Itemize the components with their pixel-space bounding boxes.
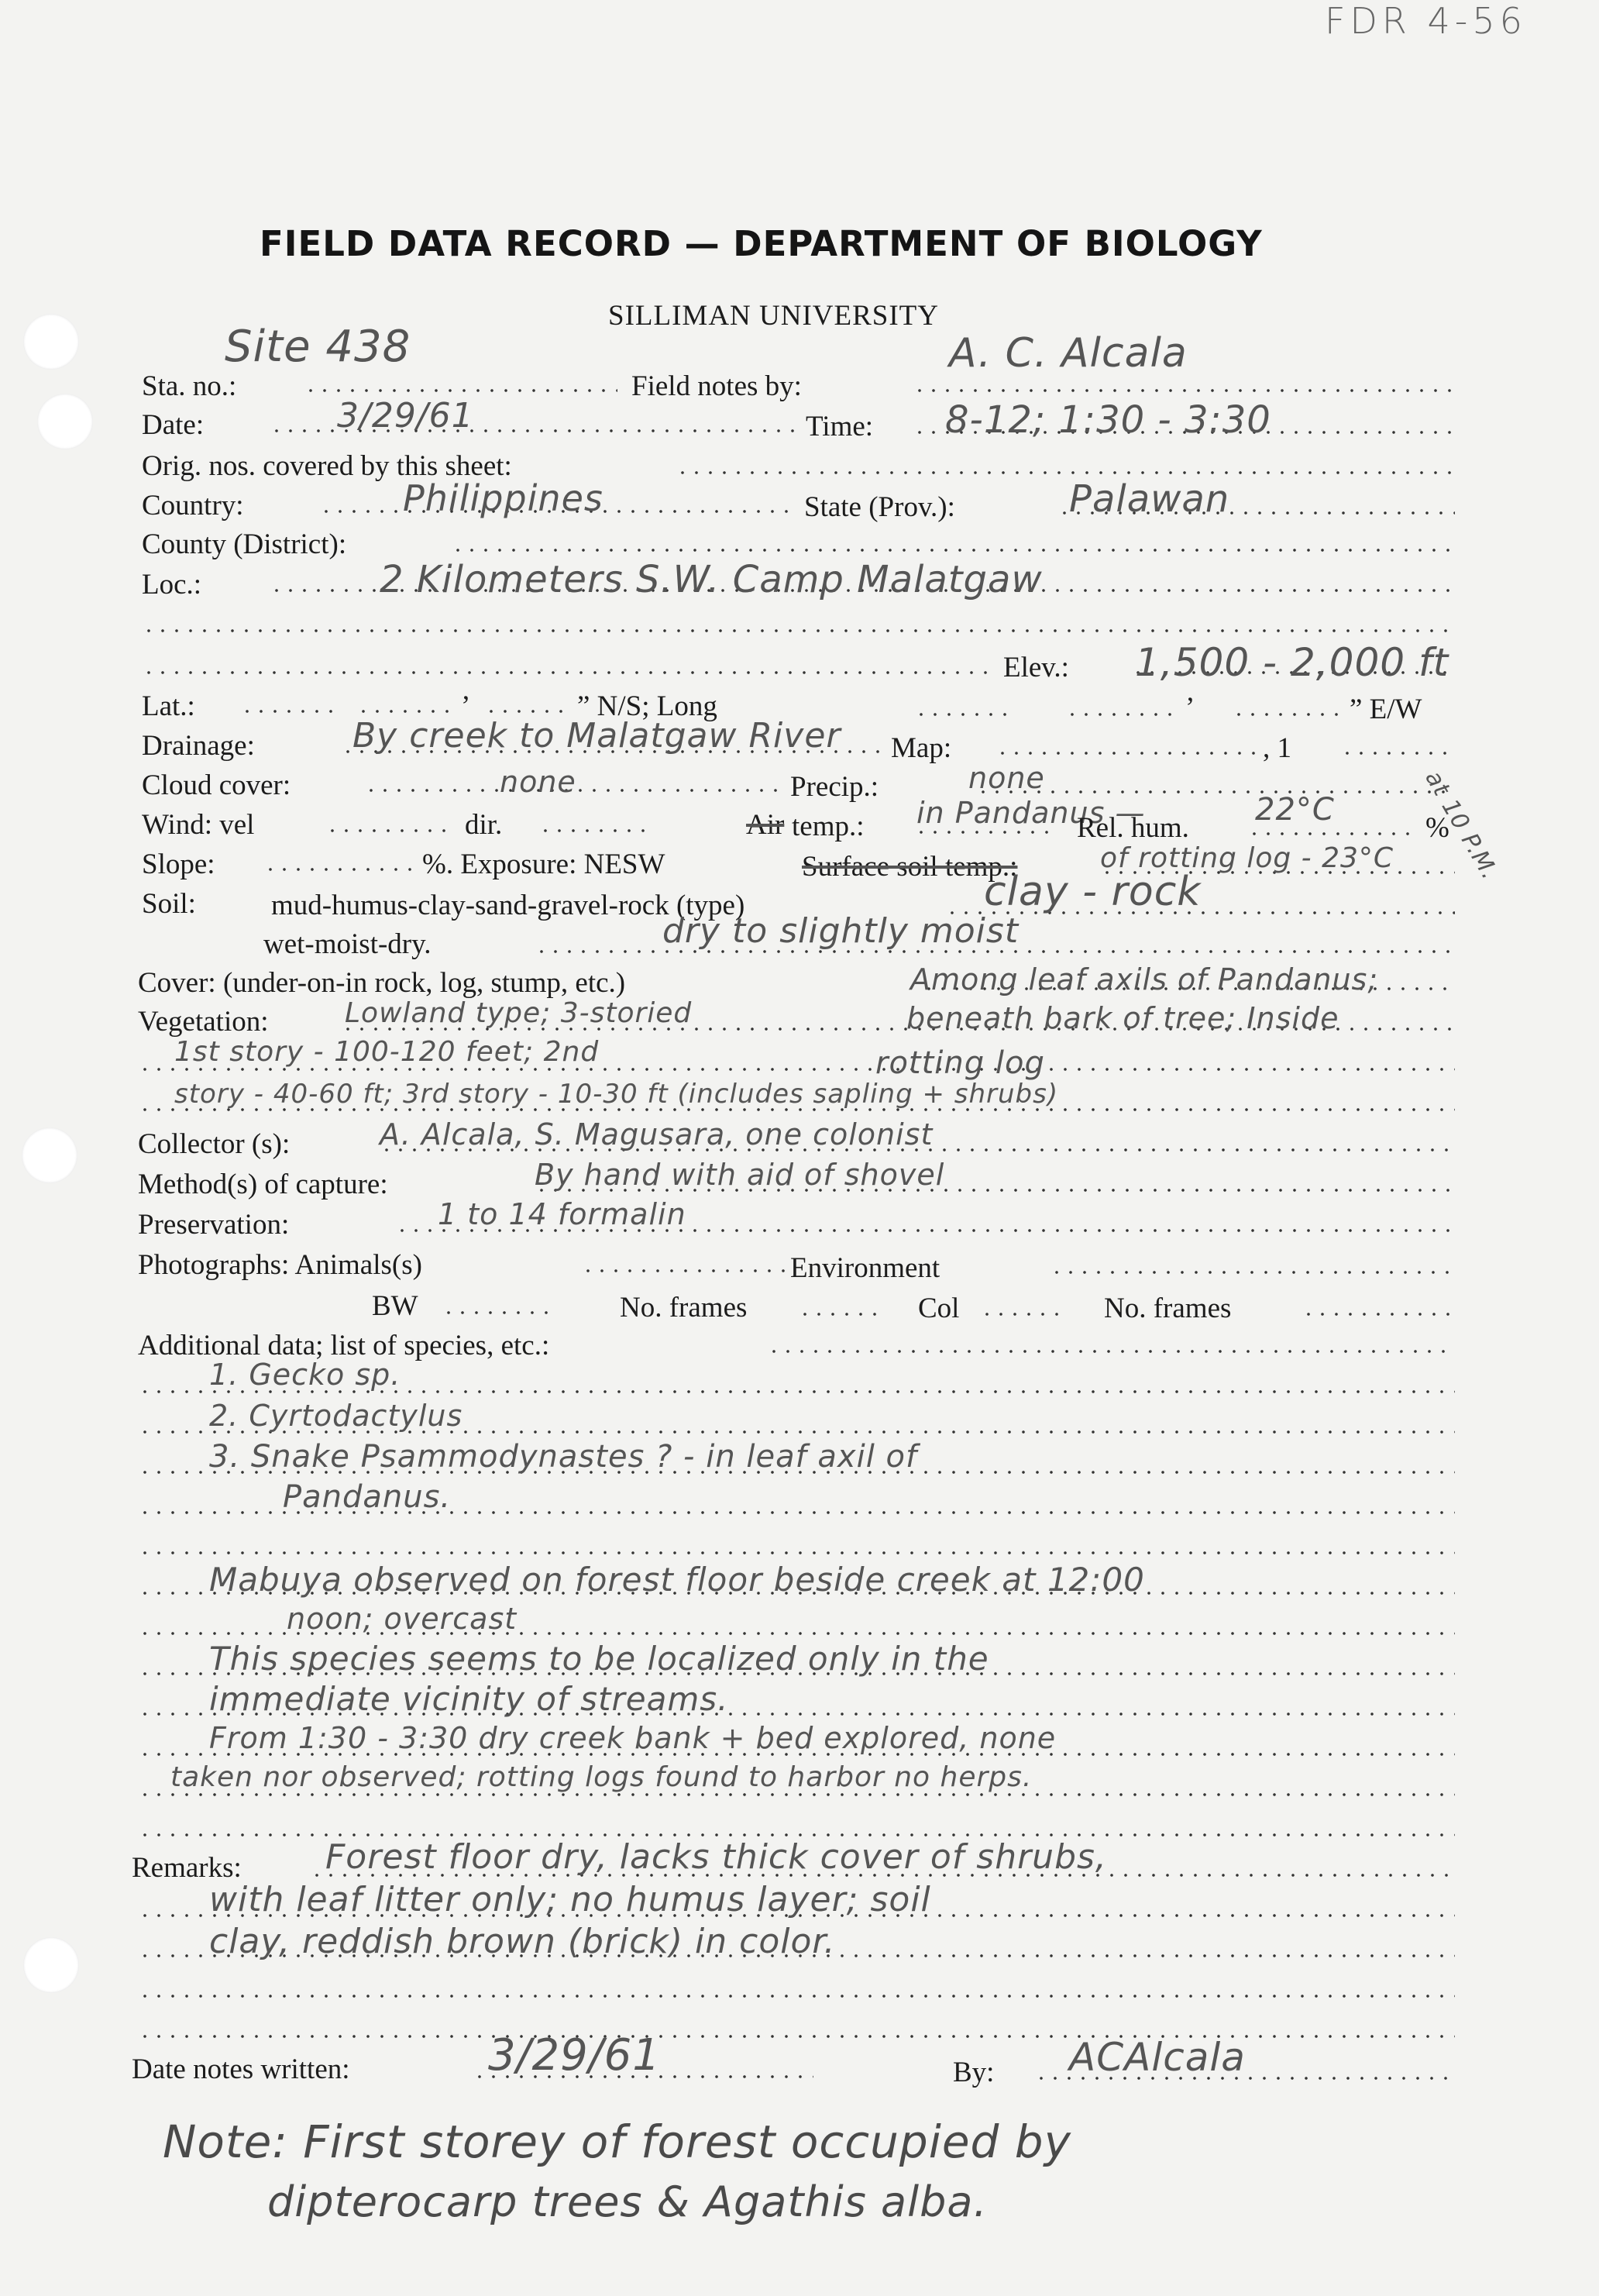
label-cloud-cover: Cloud cover: (142, 771, 291, 800)
value-cover-2: beneath bark of tree; Inside (906, 1003, 1339, 1033)
binder-hole (37, 394, 93, 449)
label-by: By: (953, 2058, 994, 2087)
additional-note: Mabuya observed on forest floor beside c… (209, 1564, 1145, 1596)
field-wind-dir[interactable] (538, 829, 647, 832)
value-soil-type: clay - rock (984, 872, 1201, 912)
field-map-2[interactable] (1340, 752, 1455, 755)
label-collectors: Collector (s): (138, 1130, 290, 1158)
value-air-temp: 22°C (1255, 794, 1335, 825)
additional-note: noon; overcast (287, 1604, 517, 1633)
field-remarks-line[interactable] (138, 1833, 1455, 1836)
value-elev: 1,500 - 2,000 ft (1135, 643, 1449, 682)
label-elev: Elev.: (1003, 653, 1069, 682)
label-additional-data: Additional data; list of species, etc.: (138, 1331, 549, 1360)
species-item: 1. Gecko sp. (209, 1360, 401, 1389)
field-lat-min[interactable] (356, 710, 457, 713)
label-long-sec: ” E/W (1350, 695, 1422, 724)
label-map: Map: (891, 734, 951, 762)
label-remarks: Remarks: (132, 1854, 242, 1882)
field-elev-leading[interactable] (142, 671, 990, 674)
label-cover: Cover: (under-on-in rock, log, stump, et… (138, 969, 625, 997)
value-by-signature: ACAlcala (1069, 2038, 1246, 2077)
binder-hole (23, 314, 79, 370)
field-vegetation-2[interactable] (138, 1068, 1455, 1071)
note-line: dipterocarp trees & Agathis alba. (267, 2181, 988, 2223)
field-rel-hum[interactable] (1247, 832, 1418, 835)
value-time: 8-12; 1:30 - 3:30 (945, 401, 1271, 439)
field-slope[interactable] (263, 868, 418, 871)
value-cover: Among leaf axils of Pandanus; (910, 965, 1378, 994)
value-field-notes-by: A. C. Alcala (949, 333, 1188, 373)
field-air-temp[interactable] (914, 831, 1054, 834)
label-time: Time: (806, 412, 873, 441)
additional-note: From 1:30 - 3:30 dry creek bank + bed ex… (209, 1723, 1056, 1753)
value-state: Palawan (1069, 480, 1229, 518)
value-drainage: By creek to Malatgaw River (352, 719, 841, 753)
label-soil: Soil: (142, 890, 196, 918)
value-vegetation-1: Lowland type; 3-storied (345, 1000, 692, 1028)
value-preservation: 1 to 14 formalin (438, 1200, 686, 1229)
form-title: FIELD DATA RECORD — DEPARTMENT OF BIOLOG… (260, 223, 1263, 264)
value-precip: none (968, 763, 1045, 793)
value-collectors: A. Alcala, S. Magusara, one colonist (380, 1120, 933, 1149)
label-soil-moisture: wet-moist-dry. (263, 930, 431, 959)
document-code: FDR 4-56 (1325, 0, 1527, 42)
field-orig-nos[interactable] (676, 471, 1455, 474)
label-vegetation: Vegetation: (138, 1007, 269, 1036)
label-state: State (Prov.): (804, 493, 955, 522)
field-lat-deg[interactable] (240, 710, 341, 713)
species-item: 3. Snake Psammodynastes ? - in leaf axil… (209, 1441, 917, 1472)
field-map[interactable] (996, 752, 1259, 755)
field-loc-line-2[interactable] (142, 629, 1455, 632)
field-additional-line[interactable] (138, 1793, 1455, 1796)
additional-note: taken nor observed; rotting logs found t… (170, 1764, 1032, 1792)
label-long-min: ’ (1185, 694, 1195, 722)
value-soil-moisture: dry to slightly moist (662, 914, 1019, 948)
label-wind: Wind: vel (142, 811, 254, 839)
value-country: Philippines (403, 480, 603, 516)
value-date-written: 3/29/61 (488, 2034, 661, 2077)
label-environment: Environment (790, 1254, 940, 1282)
value-cloud-cover: none (500, 767, 576, 797)
additional-note: This species seems to be localized only … (209, 1643, 989, 1675)
remarks-line: with leaf litter only; no humus layer; s… (209, 1883, 931, 1917)
field-col[interactable] (980, 1313, 1065, 1316)
label-bw: BW (372, 1292, 418, 1320)
label-country: Country: (142, 491, 244, 520)
value-date: 3/29/61 (337, 399, 474, 433)
label-precip: Precip.: (790, 773, 879, 801)
remarks-line: clay, reddish brown (brick) in color. (209, 1925, 835, 1959)
field-remarks-line[interactable] (138, 2035, 1455, 2038)
label-date-written: Date notes written: (132, 2055, 350, 2084)
binder-hole (22, 1127, 77, 1183)
species-item: 2. Cyrtodactylus (209, 1401, 463, 1430)
binder-hole (23, 1937, 79, 1993)
field-sta-no[interactable] (304, 389, 617, 392)
value-vegetation-2: 1st story - 100-120 feet; 2nd (174, 1038, 599, 1066)
institution-name: SILLIMAN UNIVERSITY (608, 299, 939, 332)
field-wind-vel[interactable] (325, 829, 449, 832)
field-long-deg[interactable] (914, 713, 1015, 716)
field-long-sec[interactable] (1232, 713, 1348, 716)
remarks-line: Forest floor dry, lacks thick cover of s… (325, 1840, 1107, 1874)
label-preservation: Preservation: (138, 1210, 289, 1239)
label-col: Col (918, 1294, 959, 1323)
additional-note: immediate vicinity of streams. (209, 1683, 728, 1716)
label-rel-hum: Rel. hum. (1077, 814, 1189, 842)
field-long-min[interactable] (1065, 713, 1181, 716)
field-county[interactable] (451, 549, 1455, 552)
label-slope: Slope: (142, 850, 215, 879)
field-precip[interactable] (976, 790, 1455, 793)
label-method: Method(s) of capture: (138, 1170, 388, 1199)
label-dir: dir. (465, 811, 502, 839)
label-no-frames-2: No. frames (1104, 1294, 1231, 1323)
value-cover-3: rotting log (875, 1048, 1045, 1079)
label-slope-exposure: %. Exposure: NESW (422, 850, 665, 879)
field-remarks-line[interactable] (138, 1995, 1455, 1998)
label-field-notes-by: Field notes by: (631, 372, 802, 401)
field-additional-header[interactable] (767, 1350, 1455, 1353)
species-item: Pandanus. (283, 1482, 451, 1513)
label-drainage: Drainage: (142, 731, 255, 760)
field-photo-animals[interactable] (581, 1269, 786, 1272)
value-loc: 2 Kilometers S.W. Camp Malatgaw (380, 561, 1043, 598)
label-sta-no: Sta. no.: (142, 372, 236, 401)
field-no-frames-2[interactable] (1302, 1313, 1455, 1316)
field-photo-environment[interactable] (1050, 1271, 1455, 1274)
label-no-frames-1: No. frames (620, 1293, 747, 1322)
label-temp: temp.: (792, 812, 865, 841)
label-orig-nos: Orig. nos. covered by this sheet: (142, 452, 512, 480)
label-air: Air (746, 811, 784, 839)
label-map-sep: , 1 (1263, 734, 1291, 762)
label-county: County (District): (142, 530, 346, 559)
field-lat-sec[interactable] (484, 710, 573, 713)
value-method: By hand with aid of shovel (535, 1160, 944, 1189)
value-vegetation-3: story - 40-60 ft; 3rd story - 10-30 ft (… (174, 1081, 1058, 1107)
label-lat: Lat.: (142, 692, 195, 721)
label-loc: Loc.: (142, 570, 201, 599)
note-line: Note: First storey of forest occupied by (163, 2119, 1071, 2164)
field-no-frames-1[interactable] (798, 1313, 883, 1316)
field-field-notes-by[interactable] (913, 389, 1455, 392)
field-additional-line[interactable] (138, 1551, 1455, 1554)
label-date: Date: (142, 411, 204, 439)
value-sta-no: Site 438 (225, 325, 411, 369)
label-photographs: Photographs: Animals(s) (138, 1251, 422, 1279)
field-bw[interactable] (442, 1311, 558, 1314)
